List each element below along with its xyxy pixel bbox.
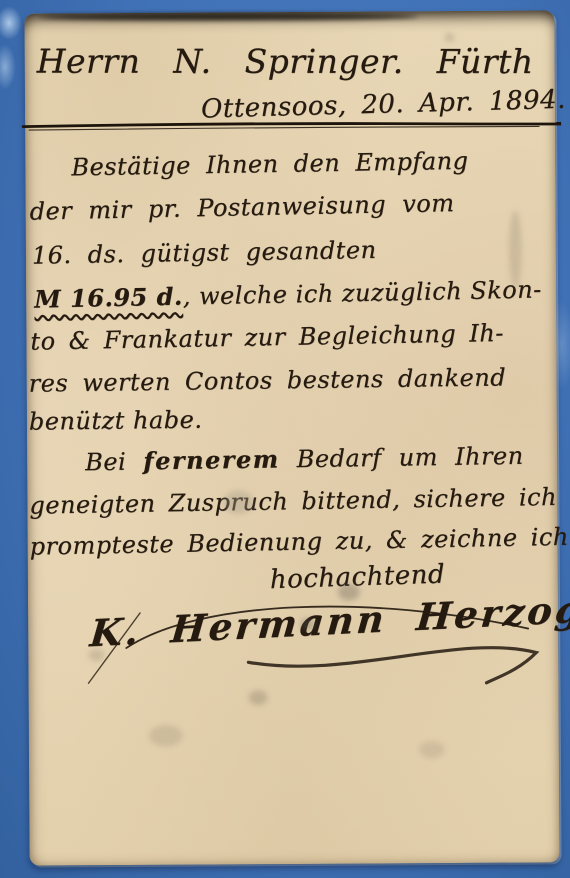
body-line: 16. ds. gütigst gesandten	[32, 236, 377, 270]
underlined-amount: M 16.95 d.	[34, 282, 183, 314]
closing-post: Bedarf um Ihren	[296, 442, 523, 473]
scanned-postcard-page: { "document_type": "handwritten postcard…	[0, 0, 570, 878]
paper-stain	[88, 649, 104, 661]
paper-stain	[419, 741, 445, 758]
closing-line: prompteste Bedienung zu, & zeichne ich	[29, 523, 569, 561]
paper-stain	[249, 690, 268, 705]
paper-stain	[445, 33, 455, 42]
body-line: Bestätige Ihnen den Empfang	[71, 147, 469, 182]
body-line: res werten Contos bestens dankend	[28, 363, 506, 397]
paper-stain	[223, 490, 253, 514]
paper-stain	[338, 584, 360, 601]
closing-bold-word: fernerem	[143, 444, 280, 475]
body-line: to & Frankatur zur Begleichung Ih-	[30, 319, 504, 356]
recipient-line: Herrn N. Springer. Fürth	[37, 42, 534, 81]
postcard: Herrn N. Springer. Fürth Ottensoos, 20. …	[24, 10, 559, 865]
header-underline-rule	[19, 118, 561, 133]
card-top-edge-shadow	[38, 13, 418, 21]
closing-line: Bei fernerem Bedarf um Ihren	[85, 441, 524, 477]
paper-stain	[300, 618, 315, 631]
body-line: benützt habe.	[29, 406, 203, 436]
closing-line: geneigten Zuspruch bittend, sichere ich	[29, 483, 557, 520]
paper-stain	[509, 211, 522, 289]
amount-line-rest: , welche ich zuzüglich Skon-	[182, 275, 542, 310]
closing-pre: Bei	[85, 448, 126, 477]
album-scuff-mark	[0, 44, 16, 90]
body-line: der mir pr. Postanweisung vom	[29, 189, 454, 226]
body-line-amount: M 16.95 d., welche ich zuzüglich Skon-	[34, 274, 542, 313]
paper-stain	[149, 725, 183, 747]
album-scuff-mark	[0, 6, 22, 40]
